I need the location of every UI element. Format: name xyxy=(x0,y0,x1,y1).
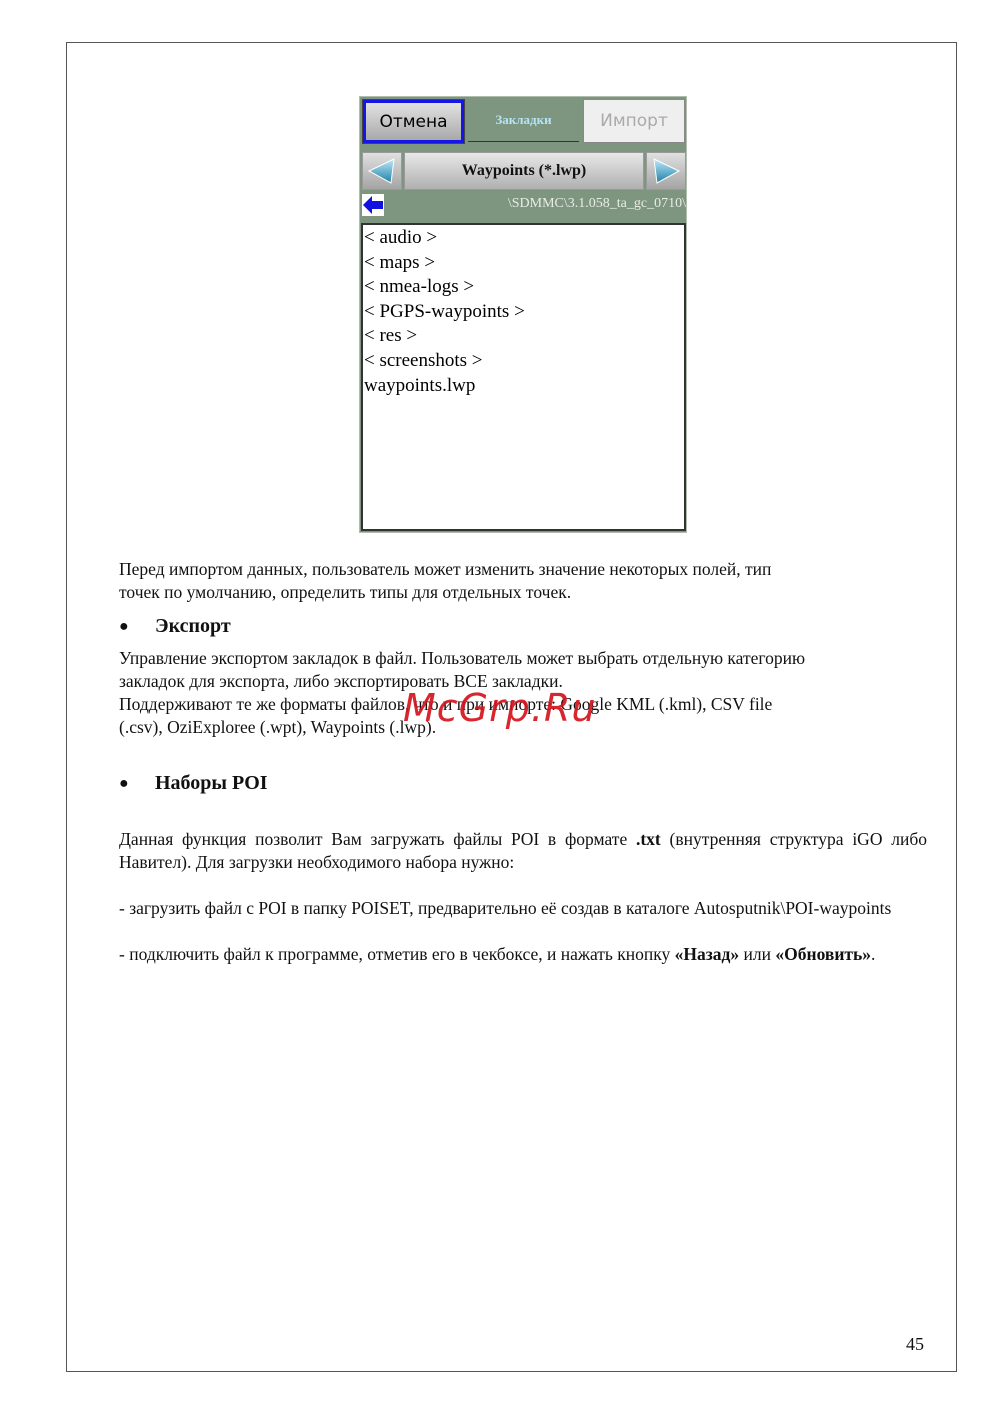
import-note: Перед импортом данных, пользователь може… xyxy=(119,558,927,604)
list-item[interactable]: < maps > xyxy=(363,251,684,276)
device-screenshot: Отмена Закладки Импорт Waypoints (*.lwp)… xyxy=(359,96,687,533)
text-line: Перед импортом данных, пользователь може… xyxy=(119,558,927,581)
poi-heading: ● Наборы POI xyxy=(119,772,268,795)
page-number: 45 xyxy=(906,1334,924,1355)
triangle-right-icon xyxy=(651,156,681,186)
list-item[interactable]: < PGPS-waypoints > xyxy=(363,300,684,325)
text-line: точек по умолчанию, определить типы для … xyxy=(119,581,927,604)
text-span: или xyxy=(739,944,775,964)
watermark: McGrp.Ru xyxy=(403,686,596,730)
list-item[interactable]: < res > xyxy=(363,324,684,349)
refresh-button-name: «Обновить» xyxy=(775,944,871,964)
bookmarks-title: Закладки xyxy=(468,99,579,142)
format-name: .txt xyxy=(636,829,661,849)
list-item[interactable]: < audio > xyxy=(363,226,684,251)
format-label[interactable]: Waypoints (*.lwp) xyxy=(404,152,644,190)
next-format-button[interactable] xyxy=(646,152,686,190)
export-heading: ● Экспорт xyxy=(119,615,231,638)
prev-format-button[interactable] xyxy=(362,152,402,190)
heading-text: Наборы POI xyxy=(155,772,268,795)
bullet-icon: ● xyxy=(119,775,155,793)
back-button[interactable] xyxy=(362,194,384,216)
text-span: - подключить файл к программе, отметив е… xyxy=(119,944,675,964)
poi-description: Данная функция позволит Вам загружать фа… xyxy=(119,828,927,874)
text-span: Данная функция позволит Вам загружать фа… xyxy=(119,829,636,849)
cancel-button[interactable]: Отмена xyxy=(363,100,464,143)
bullet-icon: ● xyxy=(119,618,155,636)
import-button[interactable]: Импорт xyxy=(583,99,685,143)
poi-step-2: - подключить файл к программе, отметив е… xyxy=(119,943,927,966)
heading-text: Экспорт xyxy=(155,615,231,638)
current-path: \SDMMC\3.1.058_ta_gc_0710\ xyxy=(508,196,686,212)
format-selector: Waypoints (*.lwp) xyxy=(362,152,686,190)
file-list[interactable]: < audio > < maps > < nmea-logs > < PGPS-… xyxy=(361,223,686,531)
arrow-left-icon xyxy=(363,195,383,215)
triangle-left-icon xyxy=(367,156,397,186)
text-span: - загрузить файл с POI в папку POISET, п… xyxy=(119,898,891,918)
text-span: . xyxy=(871,944,875,964)
poi-step-1: - загрузить файл с POI в папку POISET, п… xyxy=(119,897,927,920)
list-item[interactable]: waypoints.lwp xyxy=(363,374,684,399)
list-item[interactable]: < screenshots > xyxy=(363,349,684,374)
back-button-name: «Назад» xyxy=(675,944,740,964)
text-line: Управление экспортом закладок в файл. По… xyxy=(119,647,927,670)
list-item[interactable]: < nmea-logs > xyxy=(363,275,684,300)
path-bar: \SDMMC\3.1.058_ta_gc_0710\ xyxy=(362,194,686,218)
